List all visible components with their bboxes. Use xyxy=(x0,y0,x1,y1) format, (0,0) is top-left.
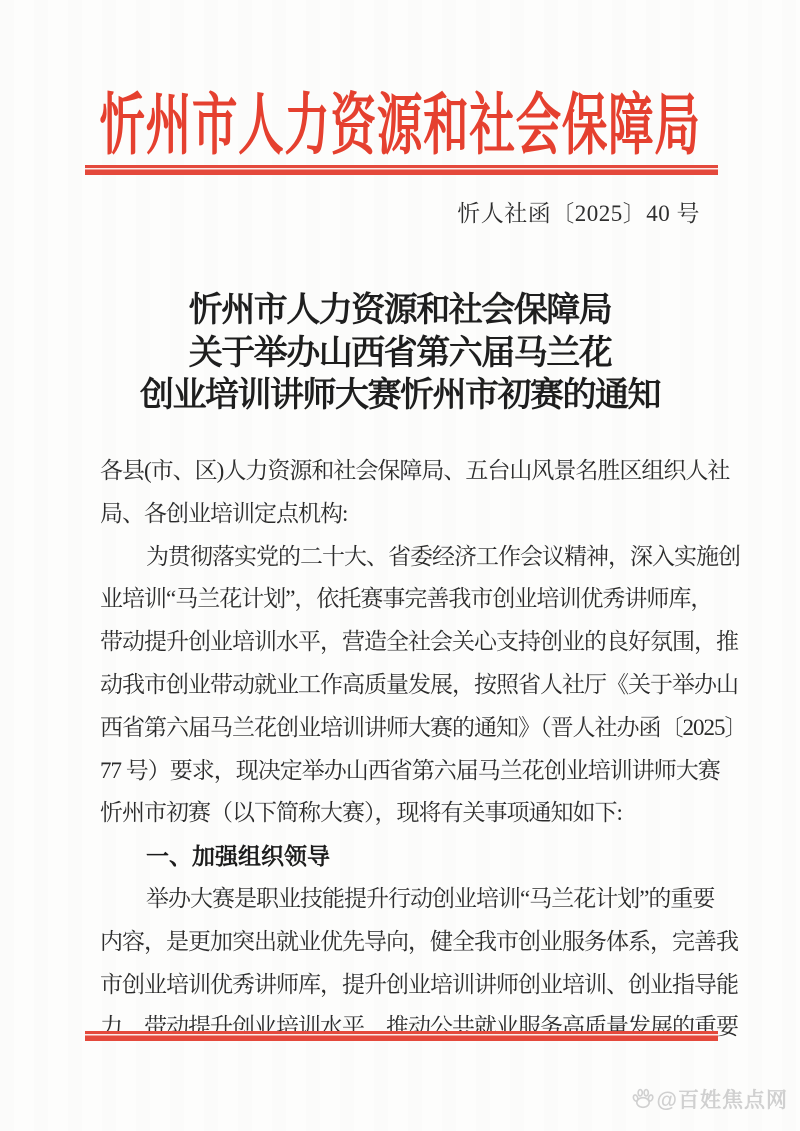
document-line: 西省第六届马兰花创业培训讲师大赛的通知》（晋人社办函〔2025〕 xyxy=(100,707,704,750)
watermark-text: @百姓焦点网 xyxy=(657,1084,788,1114)
document-line: 各县(市、区)人力资源和社会保障局、五台山风景名胜区组织人社 xyxy=(100,450,704,493)
document-body: 各县(市、区)人力资源和社会保障局、五台山风景名胜区组织人社局、各创业培训定点机… xyxy=(100,450,704,1049)
agency-name: 忻州市人力资源和社会保障局 xyxy=(99,86,700,166)
masthead-red-rule xyxy=(85,165,718,175)
document-title: 忻州市人力资源和社会保障局关于举办山西省第六届马兰花创业培训讲师大赛忻州市初赛的… xyxy=(0,290,800,418)
document-line: 业培训“马兰花计划”，依托赛事完善我市创业培训优秀讲师库， xyxy=(100,578,704,621)
document-page: 忻州市人力资源和社会保障局 忻人社函〔2025〕40 号 忻州市人力资源和社会保… xyxy=(0,0,800,1131)
document-line: 77 号）要求，现决定举办山西省第六届马兰花创业培训讲师大赛 xyxy=(100,750,704,793)
baidu-paw-icon xyxy=(631,1087,655,1111)
document-title-line: 忻州市人力资源和社会保障局 xyxy=(0,290,800,333)
section-heading: 一、加强组织领导 xyxy=(100,835,704,878)
document-line: 内容，是更加突出就业优先导向，健全我市创业服务体系，完善我 xyxy=(100,921,704,964)
document-title-line: 创业培训讲师大赛忻州市初赛的通知 xyxy=(0,375,800,418)
masthead: 忻州市人力资源和社会保障局 xyxy=(0,86,800,166)
watermark: @百姓焦点网 xyxy=(631,1084,788,1114)
document-line: 为贯彻落实党的二十大、省委经济工作会议精神，深入实施创 xyxy=(100,536,704,579)
footer-red-rule xyxy=(85,1031,718,1041)
document-line: 动我市创业带动就业工作高质量发展，按照省人社厅《关于举办山 xyxy=(100,664,704,707)
document-number: 忻人社函〔2025〕40 号 xyxy=(457,198,700,230)
document-line: 力，带动提升创业培训水平，推动公共就业服务高质量发展的重要 xyxy=(100,1006,704,1049)
document-line: 局、各创业培训定点机构: xyxy=(100,493,704,536)
document-line: 举办大赛是职业技能提升行动创业培训“马兰花计划”的重要 xyxy=(100,878,704,921)
document-line: 市创业培训优秀讲师库，提升创业培训讲师创业培训、创业指导能 xyxy=(100,964,704,1007)
document-title-line: 关于举办山西省第六届马兰花 xyxy=(0,333,800,376)
document-line: 忻州市初赛（以下简称大赛），现将有关事项通知如下: xyxy=(100,792,704,835)
document-line: 带动提升创业培训水平，营造全社会关心支持创业的良好氛围，推 xyxy=(100,621,704,664)
